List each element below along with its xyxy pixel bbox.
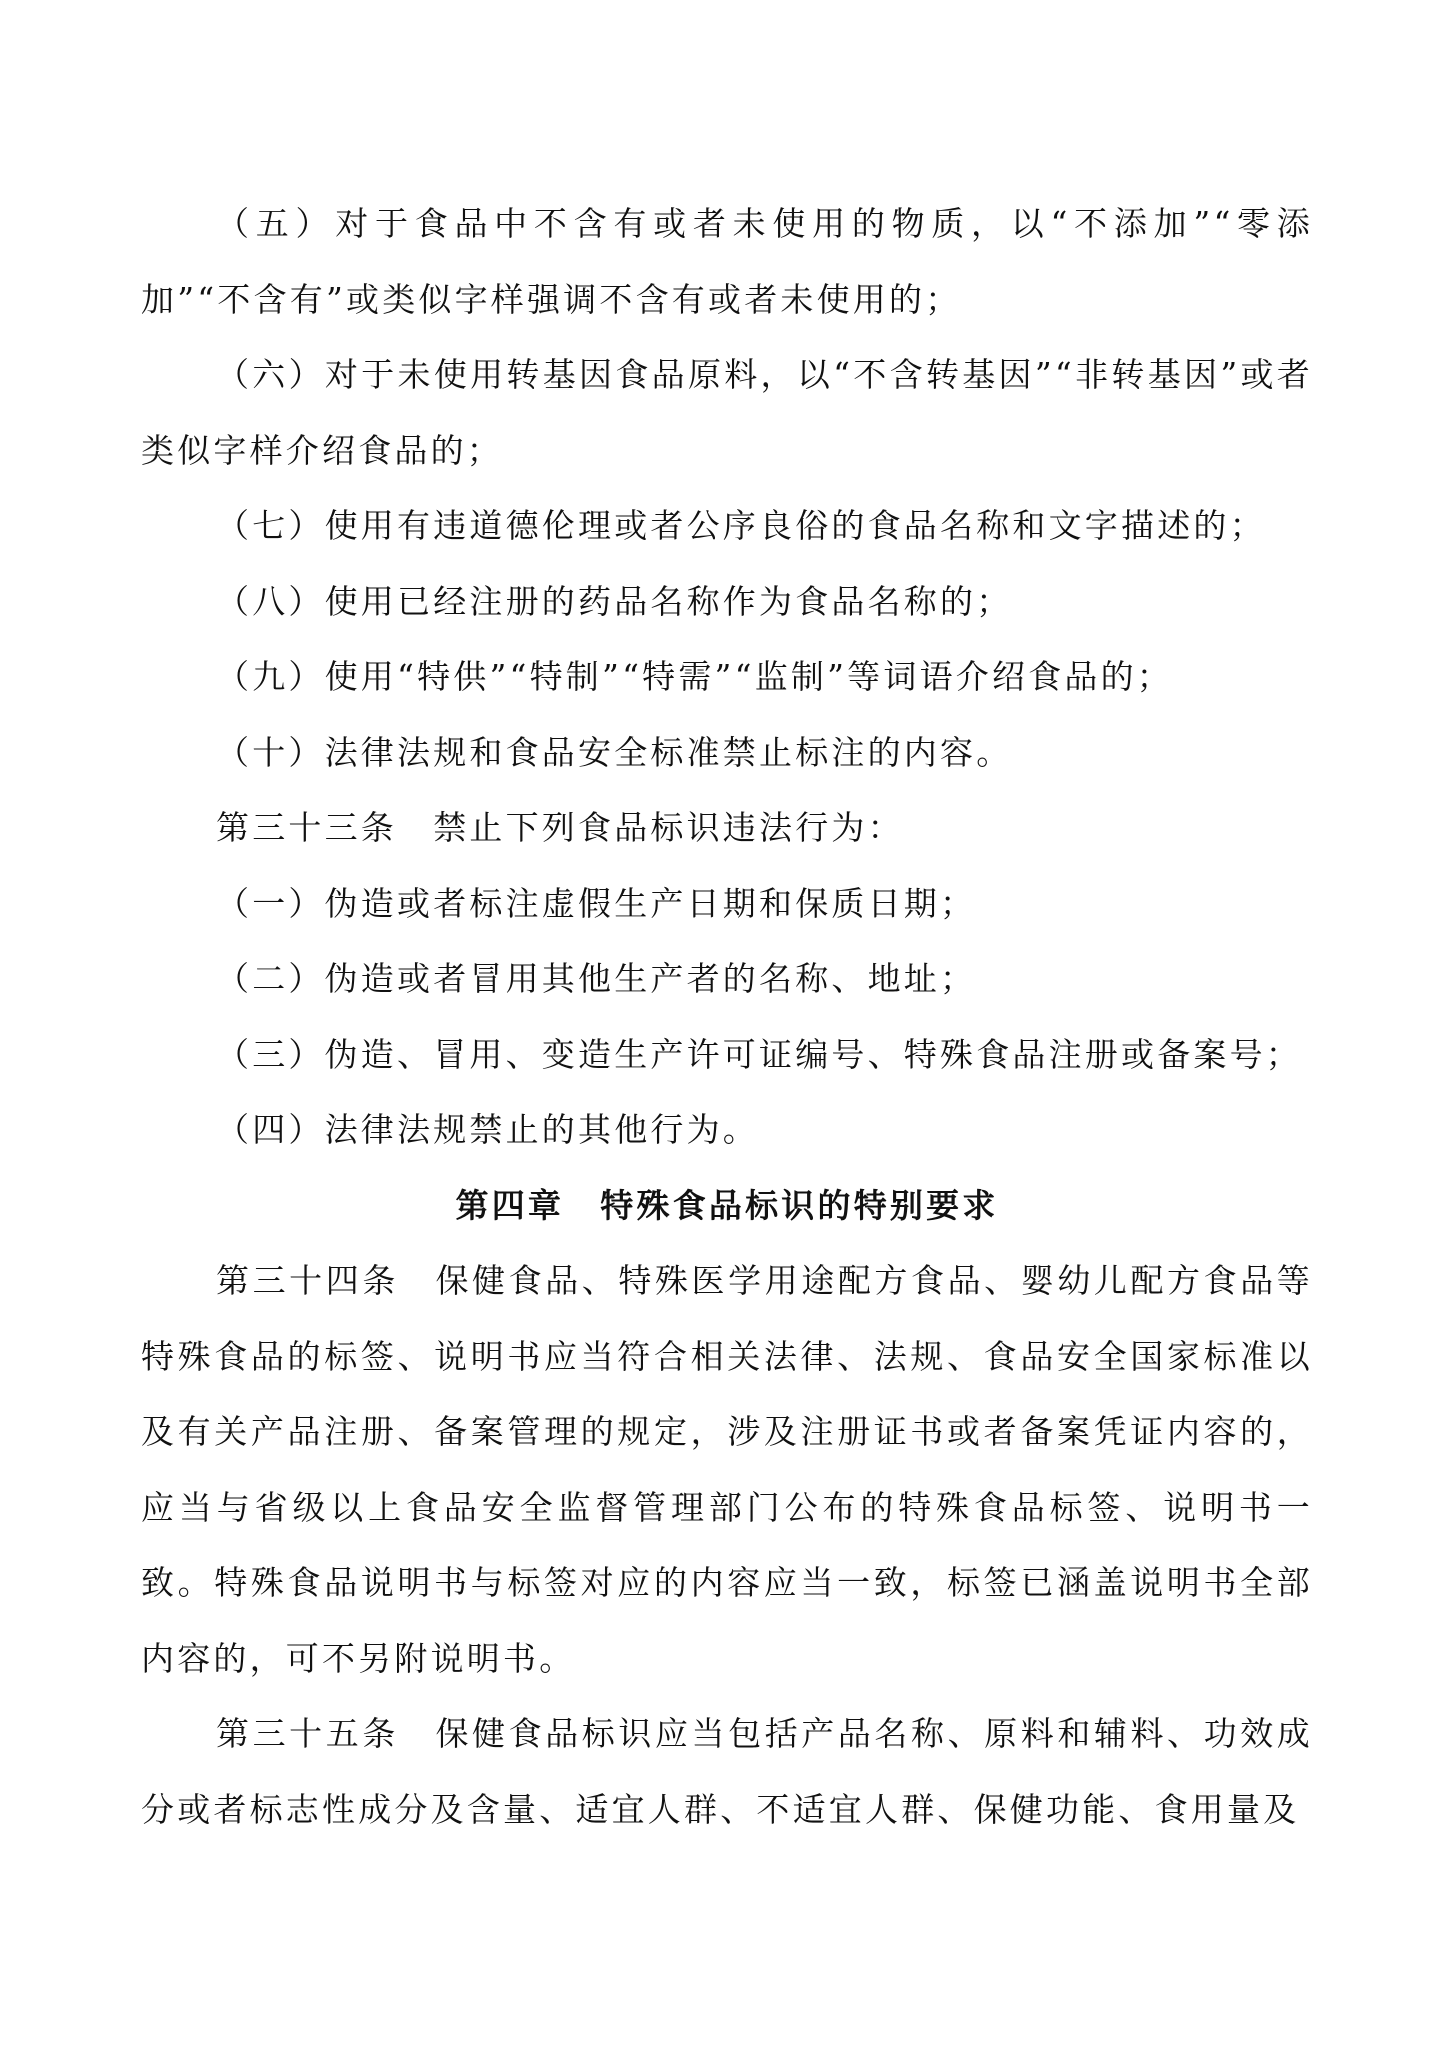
clause-item-10: （十）法律法规和食品安全标准禁止标注的内容。	[141, 715, 1313, 791]
document-page: （五）对于食品中不含有或者未使用的物质，以“不添加”“零添加”“不含有”或类似字…	[141, 186, 1313, 1847]
clause-item-5: （五）对于食品中不含有或者未使用的物质，以“不添加”“零添加”“不含有”或类似字…	[141, 186, 1313, 337]
clause-item-8: （八）使用已经注册的药品名称作为食品名称的；	[141, 564, 1313, 640]
article-33-item-1: （一）伪造或者标注虚假生产日期和保质日期；	[141, 866, 1313, 942]
clause-item-6: （六）对于未使用转基因食品原料，以“不含转基因”“非转基因”或者类似字样介绍食品…	[141, 337, 1313, 488]
article-33-item-2: （二）伪造或者冒用其他生产者的名称、地址；	[141, 941, 1313, 1017]
chapter-heading: 第四章 特殊食品标识的特别要求	[141, 1168, 1313, 1244]
clause-item-7: （七）使用有违道德伦理或者公序良俗的食品名称和文字描述的；	[141, 488, 1313, 564]
clause-item-9: （九）使用“特供”“特制”“特需”“监制”等词语介绍食品的；	[141, 639, 1313, 715]
article-35: 第三十五条 保健食品标识应当包括产品名称、原料和辅料、功效成分或者标志性成分及含…	[141, 1696, 1313, 1847]
article-33-item-4: （四）法律法规禁止的其他行为。	[141, 1092, 1313, 1168]
article-33-heading: 第三十三条 禁止下列食品标识违法行为：	[141, 790, 1313, 866]
article-34: 第三十四条 保健食品、特殊医学用途配方食品、婴幼儿配方食品等特殊食品的标签、说明…	[141, 1243, 1313, 1696]
article-33-item-3: （三）伪造、冒用、变造生产许可证编号、特殊食品注册或备案号；	[141, 1017, 1313, 1093]
